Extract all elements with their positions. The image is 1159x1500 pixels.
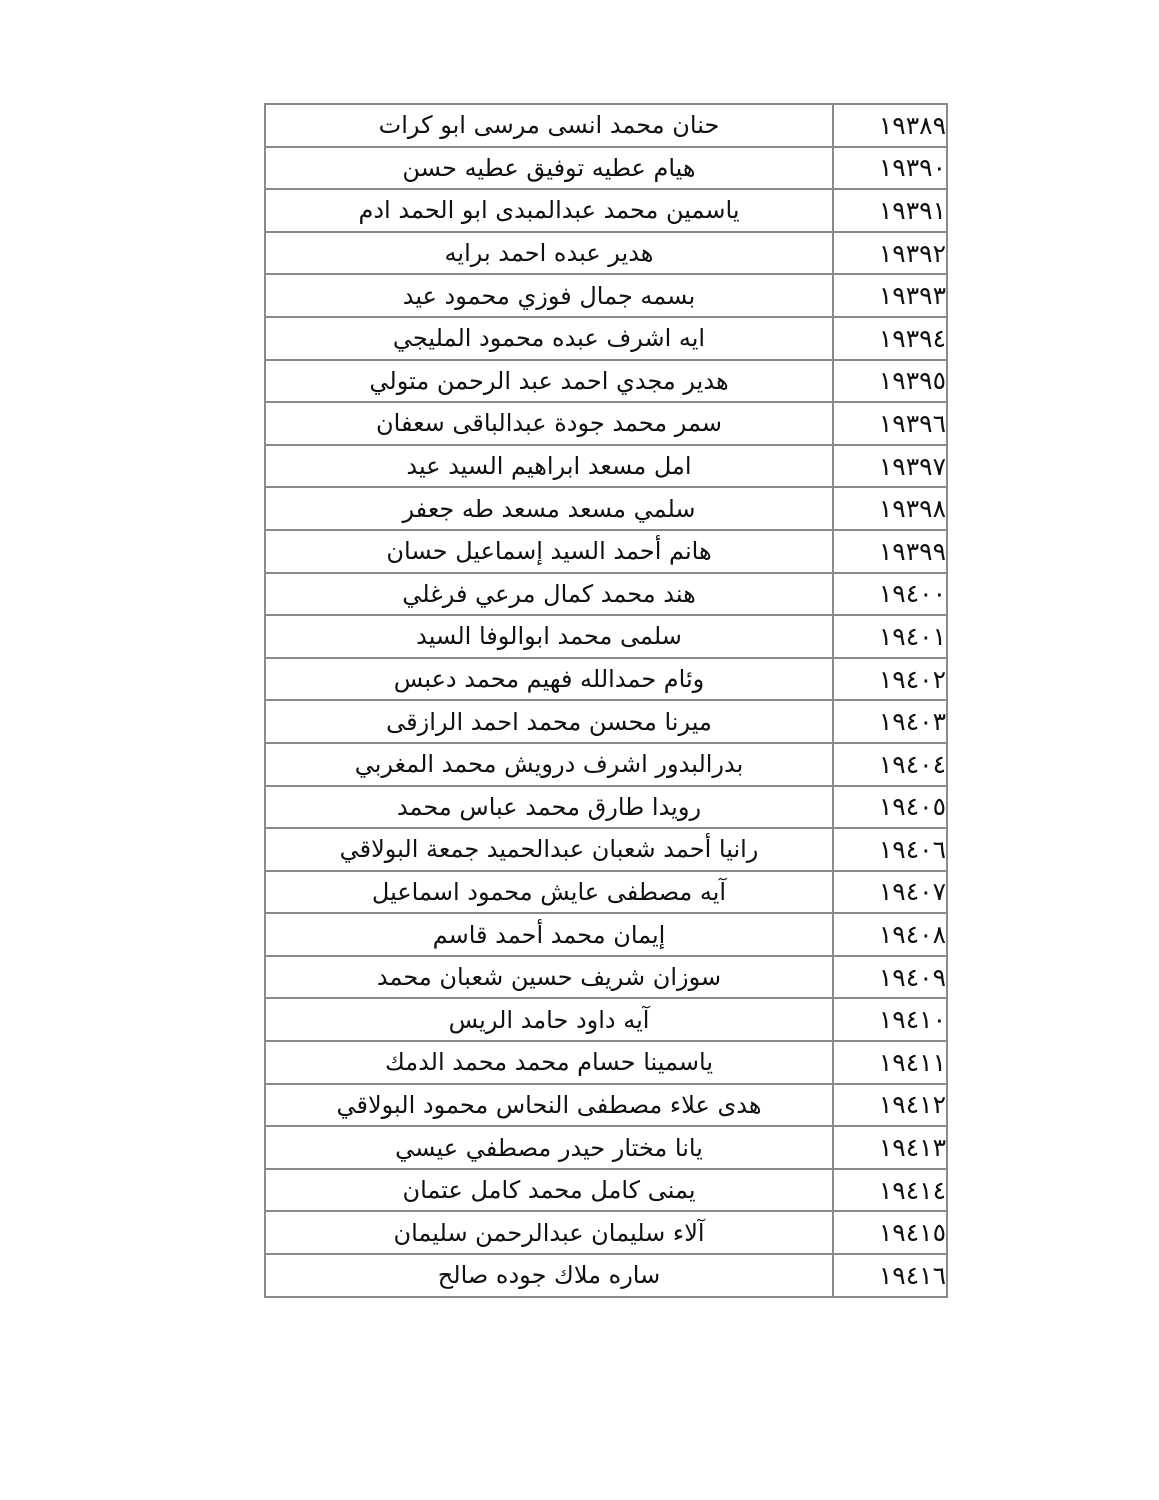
table-row: ١٩٤١٥آلاء سليمان عبدالرحمن سليمان bbox=[265, 1211, 947, 1254]
table-row: ١٩٤٠٢وئام حمدالله فهيم محمد دعبس bbox=[265, 658, 947, 701]
row-number: ١٩٤١٣ bbox=[833, 1126, 947, 1169]
row-number: ١٩٣٩٠ bbox=[833, 147, 947, 190]
row-name: هدير مجدي احمد عبد الرحمن متولي bbox=[265, 360, 833, 403]
row-name: هدى علاء مصطفى النحاس محمود البولاقي bbox=[265, 1084, 833, 1127]
row-number: ١٩٤١٤ bbox=[833, 1169, 947, 1212]
row-name: يمنى كامل محمد كامل عتمان bbox=[265, 1169, 833, 1212]
row-name: بسمه جمال فوزي محمود عيد bbox=[265, 274, 833, 317]
row-number: ١٩٣٩٢ bbox=[833, 232, 947, 275]
row-number: ١٩٤١٢ bbox=[833, 1084, 947, 1127]
row-name: آلاء سليمان عبدالرحمن سليمان bbox=[265, 1211, 833, 1254]
row-name: هانم أحمد السيد إسماعيل حسان bbox=[265, 530, 833, 573]
table-row: ١٩٤٠٠هند محمد كمال مرعي فرغلي bbox=[265, 573, 947, 616]
table-row: ١٩٣٩٤ايه اشرف عبده محمود المليجي bbox=[265, 317, 947, 360]
row-name: ميرنا محسن محمد احمد الرازقى bbox=[265, 700, 833, 743]
row-number: ١٩٤٠٣ bbox=[833, 700, 947, 743]
row-name: ياسمين محمد عبدالمبدى ابو الحمد ادم bbox=[265, 189, 833, 232]
table-row: ١٩٤٠٦رانيا أحمد شعبان عبدالحميد جمعة الب… bbox=[265, 828, 947, 871]
table-row: ١٩٤٠٣ميرنا محسن محمد احمد الرازقى bbox=[265, 700, 947, 743]
table-row: ١٩٤٠٤بدرالبدور اشرف درويش محمد المغربي bbox=[265, 743, 947, 786]
row-name: ياسمينا حسام محمد محمد الدمك bbox=[265, 1041, 833, 1084]
table-row: ١٩٤١٠آيه داود حامد الريس bbox=[265, 998, 947, 1041]
table-row: ١٩٤١٦ساره ملاك جوده صالح bbox=[265, 1254, 947, 1297]
row-name: ساره ملاك جوده صالح bbox=[265, 1254, 833, 1297]
row-number: ١٩٣٩٦ bbox=[833, 402, 947, 445]
row-number: ١٩٣٩١ bbox=[833, 189, 947, 232]
table-row: ١٩٤٠٨إيمان محمد أحمد قاسم bbox=[265, 913, 947, 956]
row-name: سلمي مسعد مسعد طه جعفر bbox=[265, 487, 833, 530]
table-row: ١٩٤٠١سلمى محمد ابوالوفا السيد bbox=[265, 615, 947, 658]
row-number: ١٩٤٠١ bbox=[833, 615, 947, 658]
table-row: ١٩٣٨٩حنان محمد انسى مرسى ابو كرات bbox=[265, 104, 947, 147]
row-number: ١٩٣٨٩ bbox=[833, 104, 947, 147]
row-number: ١٩٤١٥ bbox=[833, 1211, 947, 1254]
row-number: ١٩٣٩٩ bbox=[833, 530, 947, 573]
table-row: ١٩٤٠٧آيه مصطفى عايش محمود اسماعيل bbox=[265, 871, 947, 914]
row-number: ١٩٤٠٠ bbox=[833, 573, 947, 616]
row-name: رويدا طارق محمد عباس محمد bbox=[265, 786, 833, 829]
table-row: ١٩٣٩١ياسمين محمد عبدالمبدى ابو الحمد ادم bbox=[265, 189, 947, 232]
row-number: ١٩٤٠٧ bbox=[833, 871, 947, 914]
table-row: ١٩٣٩٥هدير مجدي احمد عبد الرحمن متولي bbox=[265, 360, 947, 403]
table-row: ١٩٤١١ياسمينا حسام محمد محمد الدمك bbox=[265, 1041, 947, 1084]
row-name: هدير عبده احمد برايه bbox=[265, 232, 833, 275]
table-row: ١٩٣٩٦سمر محمد جودة عبدالباقى سعفان bbox=[265, 402, 947, 445]
row-number: ١٩٣٩٨ bbox=[833, 487, 947, 530]
row-name: آيه داود حامد الريس bbox=[265, 998, 833, 1041]
row-number: ١٩٤٠٩ bbox=[833, 956, 947, 999]
table-row: ١٩٣٩٣بسمه جمال فوزي محمود عيد bbox=[265, 274, 947, 317]
row-number: ١٩٤١٦ bbox=[833, 1254, 947, 1297]
row-number: ١٩٤٠٨ bbox=[833, 913, 947, 956]
row-number: ١٩٣٩٣ bbox=[833, 274, 947, 317]
table-row: ١٩٤١٢هدى علاء مصطفى النحاس محمود البولاق… bbox=[265, 1084, 947, 1127]
table-row: ١٩٣٩٨سلمي مسعد مسعد طه جعفر bbox=[265, 487, 947, 530]
names-table-body: ١٩٣٨٩حنان محمد انسى مرسى ابو كرات١٩٣٩٠هي… bbox=[265, 104, 947, 1297]
row-name: امل مسعد ابراهيم السيد عيد bbox=[265, 445, 833, 488]
row-name: رانيا أحمد شعبان عبدالحميد جمعة البولاقي bbox=[265, 828, 833, 871]
table-row: ١٩٣٩٧امل مسعد ابراهيم السيد عيد bbox=[265, 445, 947, 488]
table-row: ١٩٤٠٩سوزان شريف حسين شعبان محمد bbox=[265, 956, 947, 999]
row-number: ١٩٤١١ bbox=[833, 1041, 947, 1084]
row-name: وئام حمدالله فهيم محمد دعبس bbox=[265, 658, 833, 701]
row-number: ١٩٤٠٤ bbox=[833, 743, 947, 786]
row-number: ١٩٤٠٦ bbox=[833, 828, 947, 871]
row-name: ايه اشرف عبده محمود المليجي bbox=[265, 317, 833, 360]
table-row: ١٩٣٩٢هدير عبده احمد برايه bbox=[265, 232, 947, 275]
row-name: بدرالبدور اشرف درويش محمد المغربي bbox=[265, 743, 833, 786]
row-name: إيمان محمد أحمد قاسم bbox=[265, 913, 833, 956]
names-table: ١٩٣٨٩حنان محمد انسى مرسى ابو كرات١٩٣٩٠هي… bbox=[264, 103, 948, 1298]
row-number: ١٩٤١٠ bbox=[833, 998, 947, 1041]
row-number: ١٩٣٩٥ bbox=[833, 360, 947, 403]
document-page: ١٩٣٨٩حنان محمد انسى مرسى ابو كرات١٩٣٩٠هي… bbox=[0, 0, 1159, 1500]
row-name: سلمى محمد ابوالوفا السيد bbox=[265, 615, 833, 658]
row-number: ١٩٣٩٧ bbox=[833, 445, 947, 488]
row-number: ١٩٣٩٤ bbox=[833, 317, 947, 360]
row-name: سمر محمد جودة عبدالباقى سعفان bbox=[265, 402, 833, 445]
row-name: آيه مصطفى عايش محمود اسماعيل bbox=[265, 871, 833, 914]
row-name: سوزان شريف حسين شعبان محمد bbox=[265, 956, 833, 999]
row-number: ١٩٤٠٢ bbox=[833, 658, 947, 701]
row-name: هند محمد كمال مرعي فرغلي bbox=[265, 573, 833, 616]
row-number: ١٩٤٠٥ bbox=[833, 786, 947, 829]
row-name: يانا مختار حيدر مصطفي عيسي bbox=[265, 1126, 833, 1169]
table-row: ١٩٣٩٠هيام عطيه توفيق عطيه حسن bbox=[265, 147, 947, 190]
row-name: هيام عطيه توفيق عطيه حسن bbox=[265, 147, 833, 190]
table-row: ١٩٤١٣يانا مختار حيدر مصطفي عيسي bbox=[265, 1126, 947, 1169]
table-row: ١٩٤١٤يمنى كامل محمد كامل عتمان bbox=[265, 1169, 947, 1212]
table-row: ١٩٣٩٩هانم أحمد السيد إسماعيل حسان bbox=[265, 530, 947, 573]
table-row: ١٩٤٠٥رويدا طارق محمد عباس محمد bbox=[265, 786, 947, 829]
row-name: حنان محمد انسى مرسى ابو كرات bbox=[265, 104, 833, 147]
